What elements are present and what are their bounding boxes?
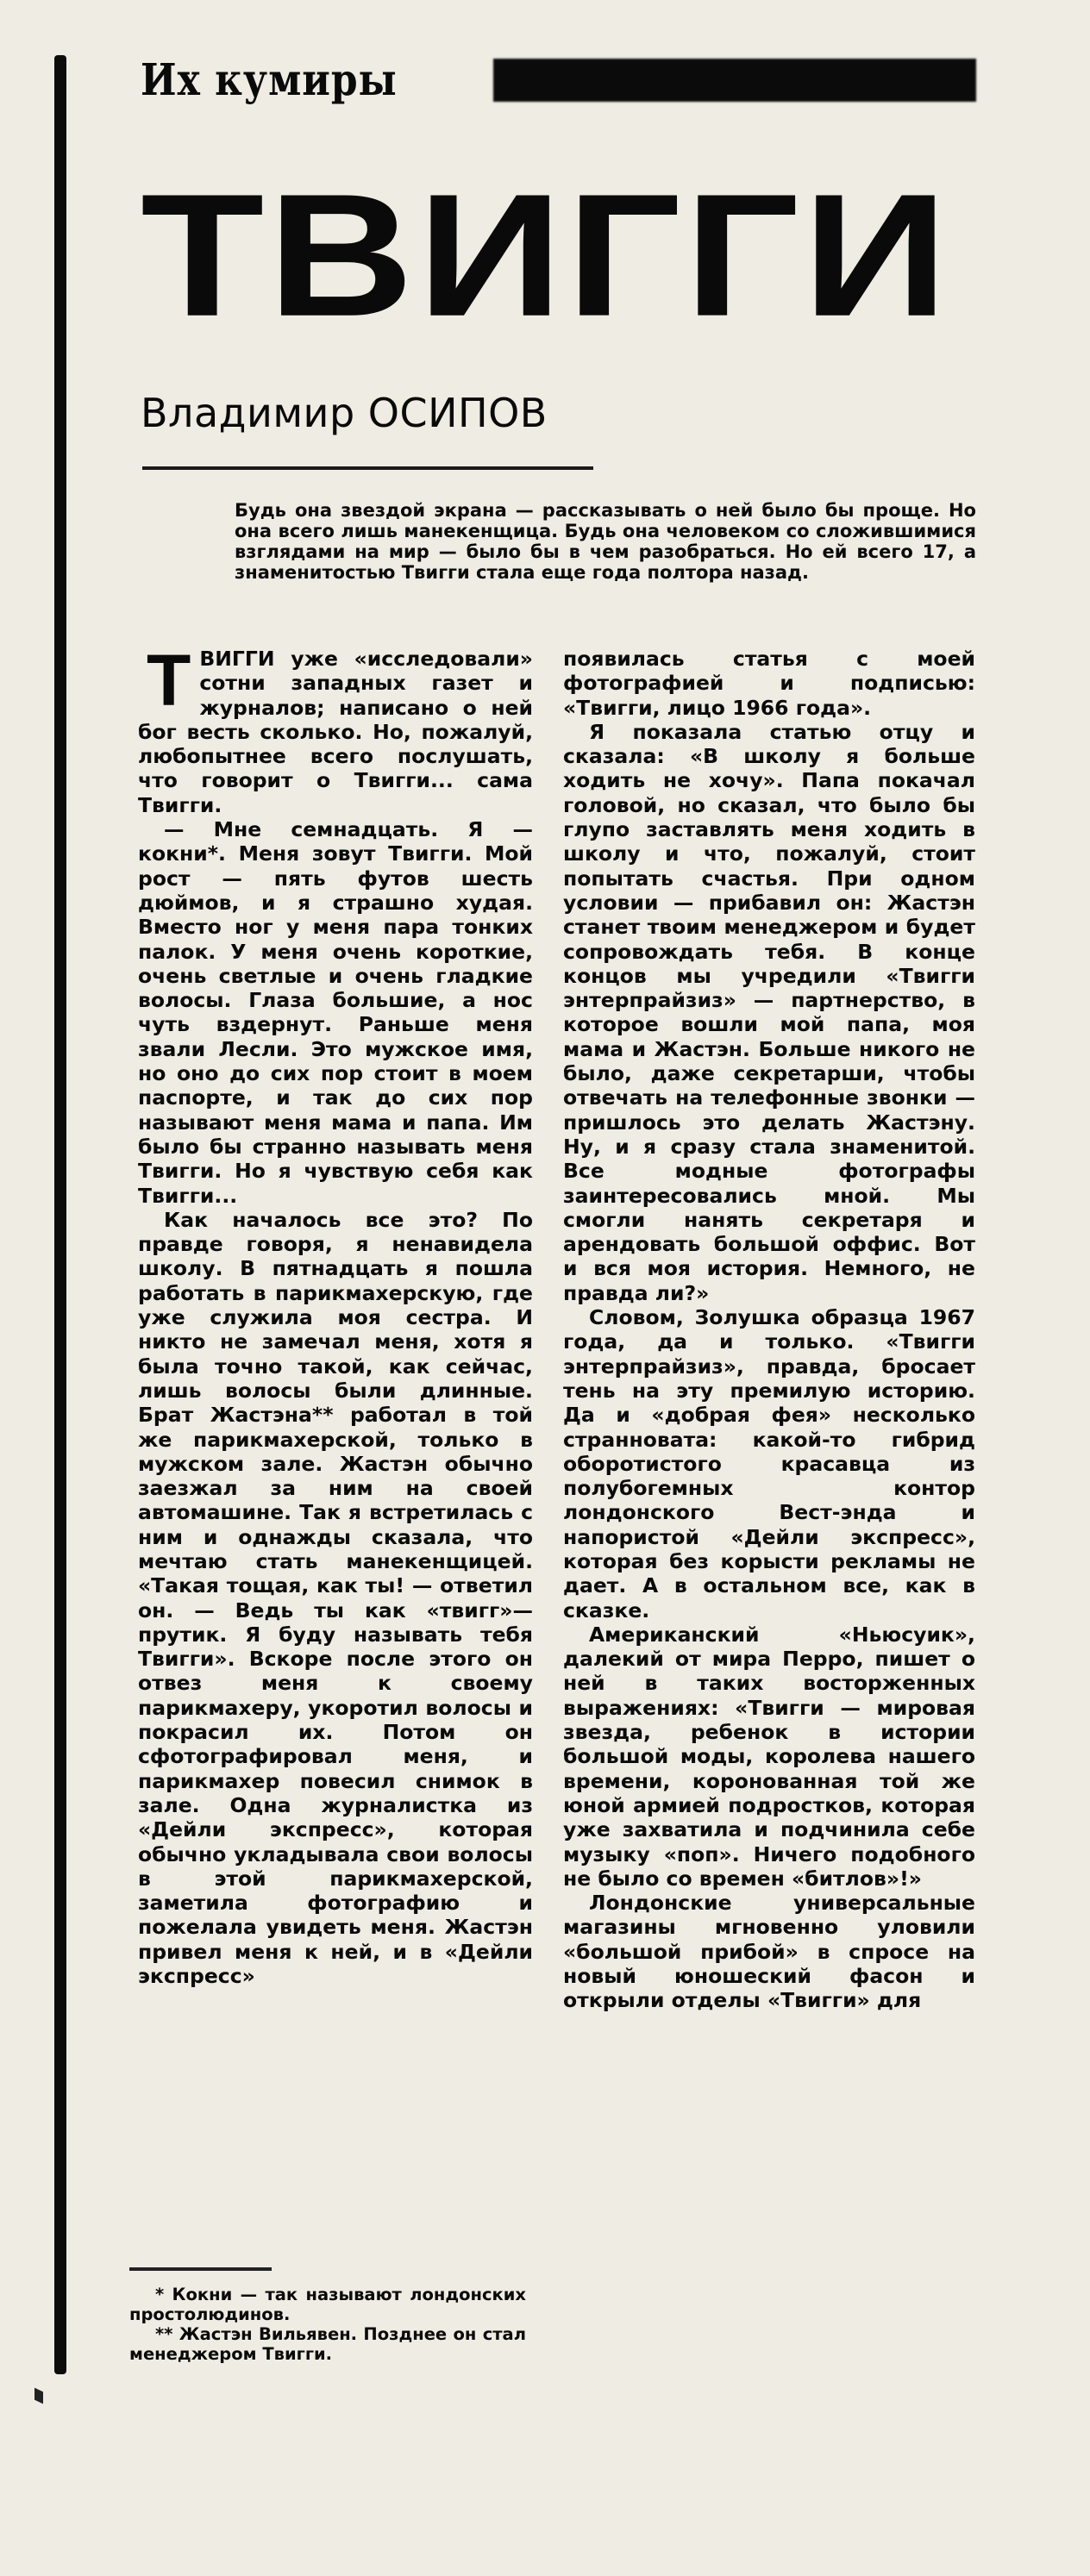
rule-end-mark	[34, 2388, 43, 2404]
paragraph: Я показала статью отцу и сказала: «В шко…	[563, 720, 975, 1305]
paragraph: Лондонские универсальные магазины мгнове…	[563, 1891, 975, 2012]
paragraph: Как началось все это? По правде говоря, …	[138, 1208, 533, 1989]
footnote-divider	[129, 2267, 272, 2271]
footnotes: * Кокни — так называют лондонских просто…	[129, 2285, 526, 2364]
body-column-right: появилась статья с моей фотографией и по…	[563, 647, 975, 2013]
paragraph: Американский «Ньюсуик», далекий от мира …	[563, 1623, 975, 1891]
paragraph: появилась статья с моей фотографией и по…	[563, 647, 975, 720]
lead-paragraph: Будь она звездой экрана — рассказывать о…	[235, 500, 976, 583]
headline: ТВИГГИ	[141, 168, 951, 342]
body-column-left: Т ВИГГИ уже «исследовали» сотни западных…	[138, 647, 533, 1988]
left-vertical-rule	[54, 55, 66, 2374]
paragraph: Словом, Золушка образца 1967 года, да и …	[563, 1305, 975, 1623]
footnote: * Кокни — так называют лондонских просто…	[129, 2285, 526, 2324]
section-rubric: Их кумиры	[141, 55, 398, 106]
author-underline	[142, 466, 593, 470]
paragraph: ВИГГИ уже «исследовали» сотни западных г…	[138, 647, 533, 817]
footnote: ** Жастэн Вильявен. Позднее он стал мене…	[129, 2324, 526, 2364]
drop-cap: Т	[147, 650, 191, 716]
rubric-black-bar	[493, 59, 976, 102]
author-byline: Владимир ОСИПОВ	[141, 390, 548, 436]
paragraph: — Мне семнадцать. Я — кокни*. Меня зовут…	[138, 817, 533, 1208]
